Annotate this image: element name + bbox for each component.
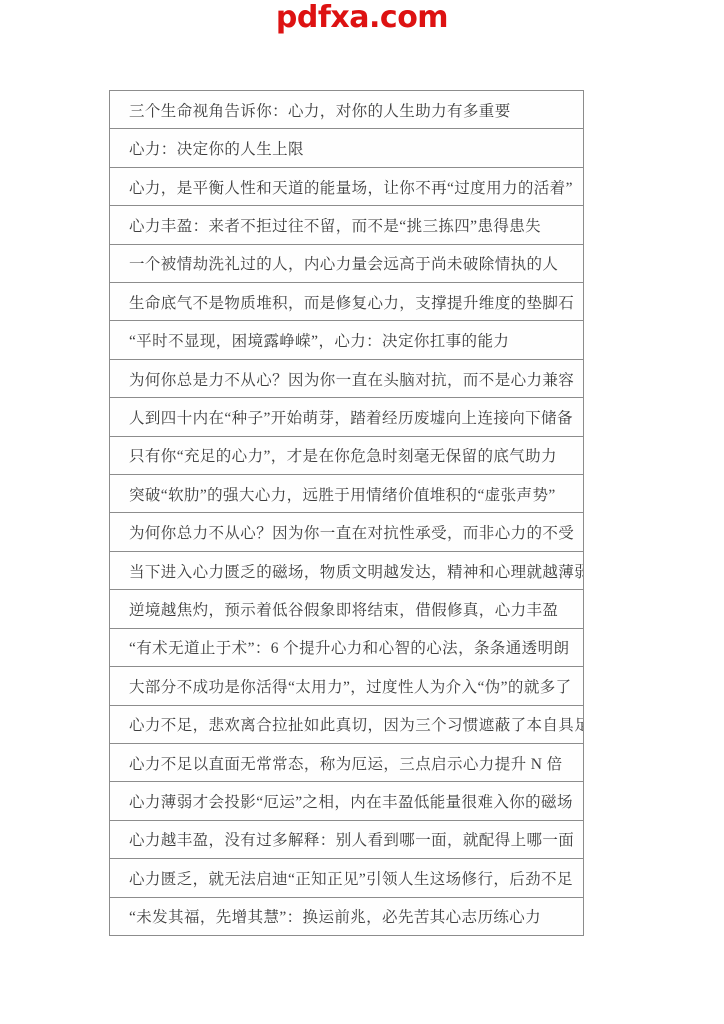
table-row: 生命底气不是物质堆积，而是修复心力，支撑提升维度的垫脚石 — [110, 283, 583, 321]
table-row: 三个生命视角告诉你：心力，对你的人生助力有多重要 — [110, 91, 583, 129]
table-row: 只有你“充足的心力”，才是在你危急时刻毫无保留的底气助力 — [110, 437, 583, 475]
document-page: pdfxa.com 三个生命视角告诉你：心力，对你的人生助力有多重要 心力：决定… — [0, 0, 724, 1024]
table-row: 心力不足以直面无常常态，称为厄运，三点启示心力提升 N 倍 — [110, 744, 583, 782]
table-row: “平时不显现，困境露峥嵘”，心力：决定你扛事的能力 — [110, 321, 583, 359]
table-row: 一个被情劫洗礼过的人，内心力量会远高于尚未破除情执的人 — [110, 245, 583, 283]
table-row: 心力不足，悲欢离合拉扯如此真切，因为三个习惯遮蔽了本自具足 — [110, 706, 583, 744]
table-row: 心力薄弱才会投影“厄运”之相，内在丰盈低能量很难入你的磁场 — [110, 782, 583, 820]
table-row: 大部分不成功是你活得“太用力”，过度性人为介入“伪”的就多了 — [110, 667, 583, 705]
table-row: 突破“软肋”的强大心力，远胜于用情绪价值堆积的“虚张声势” — [110, 475, 583, 513]
table-row: 当下进入心力匮乏的磁场，物质文明越发达，精神和心理就越薄弱 — [110, 552, 583, 590]
table-row: 心力：决定你的人生上限 — [110, 129, 583, 167]
table-row: 心力，是平衡人性和天道的能量场，让你不再“过度用力的活着” — [110, 168, 583, 206]
table-row: 心力越丰盈，没有过多解释：别人看到哪一面，就配得上哪一面 — [110, 821, 583, 859]
table-row: 心力丰盈：来者不拒过往不留，而不是“挑三拣四”患得患失 — [110, 206, 583, 244]
table-row: “未发其福，先增其慧”：换运前兆，必先苦其心志历练心力 — [110, 898, 583, 935]
table-row: 为何你总是力不从心？因为你一直在头脑对抗，而不是心力兼容 — [110, 360, 583, 398]
table-row: 为何你总力不从心？因为你一直在对抗性承受，而非心力的不受 — [110, 513, 583, 551]
table-row: 人到四十内在“种子”开始萌芽，踏着经历废墟向上连接向下储备 — [110, 398, 583, 436]
table-row: “有术无道止于术”：6 个提升心力和心智的心法，条条通透明朗 — [110, 629, 583, 667]
quote-table: 三个生命视角告诉你：心力，对你的人生助力有多重要 心力：决定你的人生上限 心力，… — [109, 90, 584, 936]
table-row: 心力匮乏，就无法启迪“正知正见”引领人生这场修行，后劲不足 — [110, 859, 583, 897]
table-row: 逆境越焦灼，预示着低谷假象即将结束，借假修真，心力丰盈 — [110, 590, 583, 628]
site-watermark: pdfxa.com — [0, 0, 724, 36]
